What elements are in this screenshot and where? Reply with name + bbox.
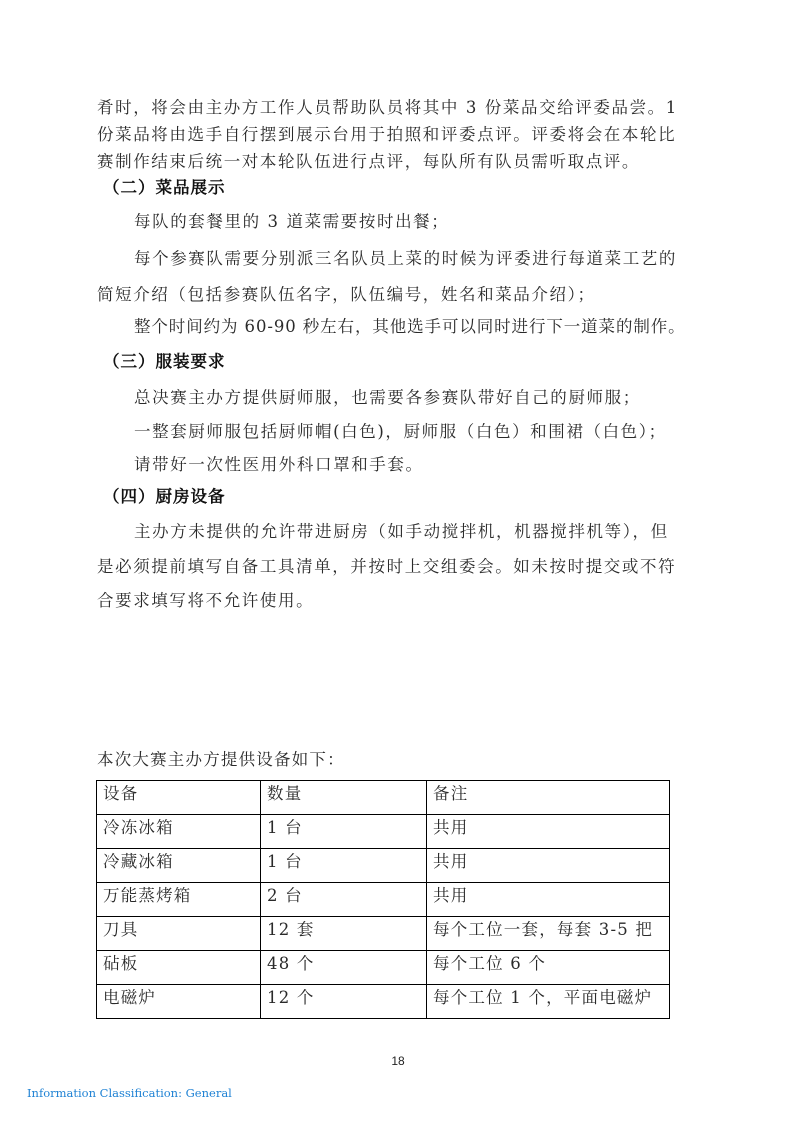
- table-cell: 共用: [427, 849, 670, 883]
- table-intro: 本次大赛主办方提供设备如下：: [97, 749, 345, 771]
- table-cell: 48 个: [261, 951, 427, 985]
- paragraph-line: 是必须提前填写自备工具清单，并按时上交组委会。如未按时提交或不符: [97, 556, 701, 578]
- paragraph-line: 每个参赛队需要分别派三名队员上菜的时候为评委进行每道菜工艺的: [134, 248, 701, 270]
- table-cell: 12 个: [261, 985, 427, 1019]
- table-cell: 冷冻冰箱: [97, 815, 261, 849]
- table-cell: 共用: [427, 815, 670, 849]
- table-cell: 每个工位 1 个，平面电磁炉: [427, 985, 670, 1019]
- table-row: 万能蒸烤箱 2 台 共用: [97, 883, 670, 917]
- paragraph-line: 肴时，将会由主办方工作人员帮助队员将其中 3 份菜品交给评委品尝。1: [97, 97, 701, 119]
- table-cell: 每个工位 6 个: [427, 951, 670, 985]
- table-row: 冷藏冰箱 1 台 共用: [97, 849, 670, 883]
- paragraph-line: 简短介绍（包括参赛队伍名字，队伍编号，姓名和菜品介绍）；: [97, 284, 701, 306]
- table-cell: 电磁炉: [97, 985, 261, 1019]
- table-cell: 刀具: [97, 917, 261, 951]
- table-header-row: 设备 数量 备注: [97, 781, 670, 815]
- paragraph-line: 主办方未提供的允许带进厨房（如手动搅拌机，机器搅拌机等），但: [134, 521, 701, 543]
- table-cell: 共用: [427, 883, 670, 917]
- table-cell: 1 台: [261, 849, 427, 883]
- table-cell: 1 台: [261, 815, 427, 849]
- equipment-table: 设备 数量 备注 冷冻冰箱 1 台 共用 冷藏冰箱 1 台 共用 万能蒸烤箱 2…: [96, 780, 670, 1019]
- paragraph-line: 总决赛主办方提供厨师服，也需要各参赛队带好自己的厨师服；: [134, 387, 701, 409]
- classification-label: Information Classification: General: [27, 1086, 232, 1100]
- table-header-cell: 数量: [261, 781, 427, 815]
- table-cell: 万能蒸烤箱: [97, 883, 261, 917]
- table-row: 刀具 12 套 每个工位一套，每套 3-5 把: [97, 917, 670, 951]
- table-header-cell: 设备: [97, 781, 261, 815]
- section-heading: （三）服装要求: [103, 351, 226, 373]
- paragraph-line: 合要求填写将不允许使用。: [97, 590, 701, 612]
- table-cell: 冷藏冰箱: [97, 849, 261, 883]
- table-row: 砧板 48 个 每个工位 6 个: [97, 951, 670, 985]
- table-header-cell: 备注: [427, 781, 670, 815]
- section-heading: （四）厨房设备: [103, 486, 226, 508]
- table-row: 电磁炉 12 个 每个工位 1 个，平面电磁炉: [97, 985, 670, 1019]
- table-cell: 砧板: [97, 951, 261, 985]
- page-number: 18: [0, 1054, 794, 1068]
- table-row: 冷冻冰箱 1 台 共用: [97, 815, 670, 849]
- table-cell: 每个工位一套，每套 3-5 把: [427, 917, 670, 951]
- paragraph-line: 一整套厨师服包括厨师帽(白色)，厨师服（白色）和围裙（白色）；: [134, 421, 701, 443]
- paragraph-line: 份菜品将由选手自行摆到展示台用于拍照和评委点评。评委将会在本轮比: [97, 124, 701, 146]
- paragraph-line: 整个时间约为 60-90 秒左右，其他选手可以同时进行下一道菜的制作。: [134, 316, 701, 338]
- table-cell: 2 台: [261, 883, 427, 917]
- table-cell: 12 套: [261, 917, 427, 951]
- paragraph-line: 每队的套餐里的 3 道菜需要按时出餐；: [134, 211, 701, 233]
- paragraph-line: 请带好一次性医用外科口罩和手套。: [134, 454, 701, 476]
- section-heading: （二）菜品展示: [103, 177, 226, 199]
- paragraph-line: 赛制作结束后统一对本轮队伍进行点评，每队所有队员需听取点评。: [97, 151, 701, 173]
